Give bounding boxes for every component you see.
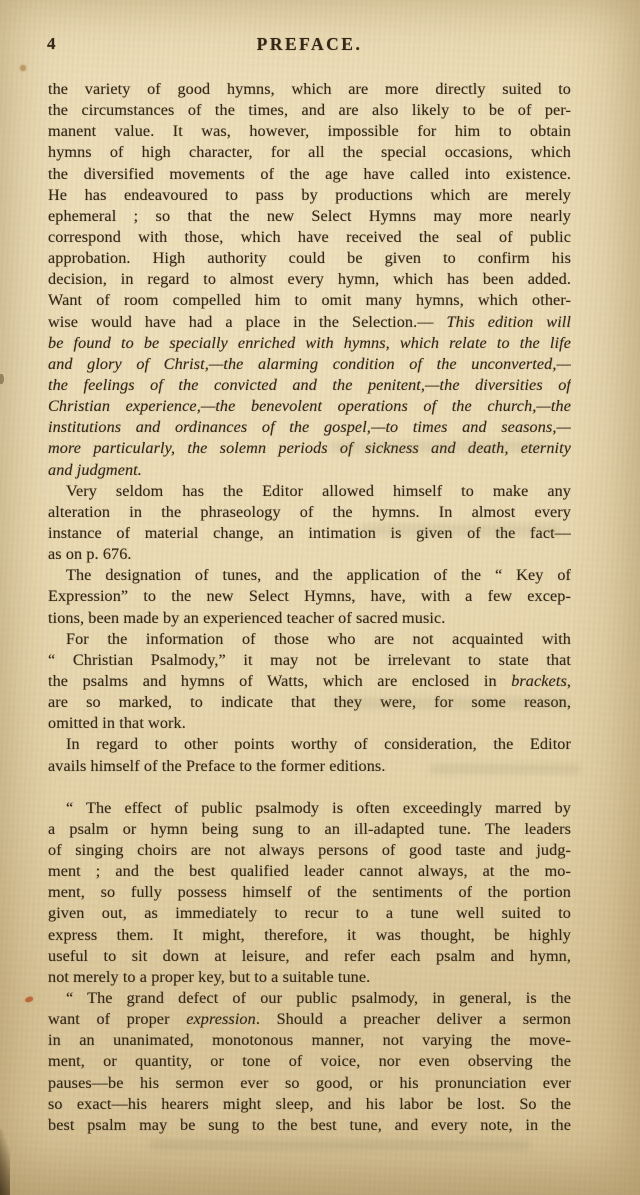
text-segment: Expression” to the new Select Hymns, hav… xyxy=(48,587,571,605)
text-segment: Want of room compelled him to omit many … xyxy=(48,291,571,309)
text-segment: avails himself of the Preface to the for… xyxy=(48,757,385,775)
text-line: “ The effect of public psalmody is often… xyxy=(48,798,571,819)
text-segment: not merely to a proper key, but to a sui… xyxy=(48,968,370,986)
text-segment: as on p. 676. xyxy=(48,545,132,563)
text-line: “ The grand defect of our public psalmod… xyxy=(48,988,571,1009)
italic-text-segment: Christian experience,—the benevolent ope… xyxy=(48,397,571,415)
italic-text-segment: and glory of Christ,—the alarming condit… xyxy=(48,355,571,373)
text-line: avails himself of the Preface to the for… xyxy=(48,756,571,777)
paragraph: For the information of those who are not… xyxy=(48,629,571,735)
text-line: decision, in regard to almost every hymn… xyxy=(48,269,571,290)
text-segment: In regard to other points worthy of cons… xyxy=(66,735,571,753)
text-line: and judgment. xyxy=(48,460,571,481)
text-segment: so exact—his hearers might sleep, and hi… xyxy=(48,1095,571,1113)
text-segment: wise would have had a place in the Selec… xyxy=(48,313,446,331)
text-segment: omitted in that work. xyxy=(48,714,186,732)
text-line: The designation of tunes, and the applic… xyxy=(48,565,571,586)
text-segment: instance of material change, an intimati… xyxy=(48,524,571,542)
text-line: in an unanimated, monotonous manner, not… xyxy=(48,1030,571,1051)
text-segment: decision, in regard to almost every hymn… xyxy=(48,270,571,288)
text-line: want of proper expression. Should a prea… xyxy=(48,1009,571,1030)
text-segment: The designation of tunes, and the applic… xyxy=(66,566,571,584)
italic-text-segment: brackets xyxy=(511,672,567,690)
italic-text-segment: This edition will xyxy=(446,313,571,331)
text-line: “ Christian Psalmody,” it may not be irr… xyxy=(48,650,571,671)
text-line: ephemeral ; so that the new Select Hymns… xyxy=(48,206,571,227)
text-line: hymns of high character, for all the spe… xyxy=(48,142,571,163)
italic-text-segment: expression xyxy=(186,1010,256,1028)
text-segment: He has endeavoured to pass by production… xyxy=(48,186,571,204)
text-segment: hymns of high character, for all the spe… xyxy=(48,143,571,161)
text-line: ment, so fully possess himself of the se… xyxy=(48,882,571,903)
text-segment: correspond with those, which have receiv… xyxy=(48,228,571,246)
scanned-book-page: 4 PREFACE. the variety of good hymns, wh… xyxy=(0,0,640,1195)
text-segment: alteration in the phraseology of the hym… xyxy=(48,503,571,521)
text-segment: pauses—be his sermon ever so good, or hi… xyxy=(48,1074,571,1092)
text-line: ment, or quantity, or tone of voice, nor… xyxy=(48,1051,571,1072)
text-line: Very seldom has the Editor allowed himse… xyxy=(48,481,571,502)
text-segment: Very seldom has the Editor allowed himse… xyxy=(66,482,571,500)
text-segment: ephemeral ; so that the new Select Hymns… xyxy=(48,207,571,225)
text-segment: the variety of good hymns, which are mor… xyxy=(48,80,571,98)
text-segment: “ Christian Psalmody,” it may not be irr… xyxy=(48,651,571,669)
text-segment: “ The effect of public psalmody is often… xyxy=(66,799,571,817)
body-text: the variety of good hymns, which are mor… xyxy=(48,79,571,1136)
text-line: the diversified movements of the age hav… xyxy=(48,164,571,185)
text-line: are so marked, to indicate that they wer… xyxy=(48,692,571,713)
paragraph: “ The effect of public psalmody is often… xyxy=(48,798,571,988)
text-segment: useful to sit down at leisure, and refer… xyxy=(48,947,571,965)
text-segment: a psalm or hymn being sung to an ill-ada… xyxy=(48,820,571,838)
text-line: of singing choirs are not always persons… xyxy=(48,840,571,861)
page-title: PREFACE. xyxy=(48,34,571,55)
text-segment: approbation. High authority could be giv… xyxy=(48,249,571,267)
text-line: tions, been made by an experienced teach… xyxy=(48,608,571,629)
paper-stain xyxy=(20,65,26,71)
text-segment: ment ; and the best qualified leader can… xyxy=(48,862,571,880)
text-line: pauses—be his sermon ever so good, or hi… xyxy=(48,1073,571,1094)
text-line: more particularly, the solemn periods of… xyxy=(48,438,571,459)
text-line: useful to sit down at leisure, and refer… xyxy=(48,946,571,967)
text-line: and glory of Christ,—the alarming condit… xyxy=(48,354,571,375)
text-line: For the information of those who are not… xyxy=(48,629,571,650)
page-edge-mark xyxy=(0,374,4,384)
text-segment: . Should a preacher deliver a sermon xyxy=(256,1010,571,1028)
text-line: approbation. High authority could be giv… xyxy=(48,248,571,269)
text-segment: are so marked, to indicate that they wer… xyxy=(48,693,571,711)
text-line: best psalm may be sung to the best tune,… xyxy=(48,1115,571,1136)
italic-text-segment: and judgment. xyxy=(48,461,142,479)
text-line: be found to be specially enriched with h… xyxy=(48,333,571,354)
text-line: omitted in that work. xyxy=(48,713,571,734)
text-segment: tions, been made by an experienced teach… xyxy=(48,609,445,627)
paragraph: In regard to other points worthy of cons… xyxy=(48,734,571,776)
text-segment: the circumstances of the times, and are … xyxy=(48,101,571,119)
show-through-smudge xyxy=(150,1140,530,1150)
text-line: a psalm or hymn being sung to an ill-ada… xyxy=(48,819,571,840)
italic-text-segment: institutions and ordinances of the gospe… xyxy=(48,418,571,436)
text-line: manent value. It was, however, impossibl… xyxy=(48,121,571,142)
text-line: instance of material change, an intimati… xyxy=(48,523,571,544)
text-line: given out, as immediately to recur to a … xyxy=(48,903,571,924)
text-line: the circumstances of the times, and are … xyxy=(48,100,571,121)
text-line: Christian experience,—the benevolent ope… xyxy=(48,396,571,417)
text-line: Want of room compelled him to omit many … xyxy=(48,290,571,311)
text-line: the psalms and hymns of Watts, which are… xyxy=(48,671,571,692)
text-line: so exact—his hearers might sleep, and hi… xyxy=(48,1094,571,1115)
paper-stain xyxy=(24,996,33,1003)
text-segment: the diversified movements of the age hav… xyxy=(48,165,571,183)
text-line: the feelings of the convicted and the pe… xyxy=(48,375,571,396)
text-line: institutions and ordinances of the gospe… xyxy=(48,417,571,438)
text-segment: For the information of those who are not… xyxy=(66,630,571,648)
text-segment: of singing choirs are not always persons… xyxy=(48,841,571,859)
paragraph: the variety of good hymns, which are mor… xyxy=(48,79,571,481)
paragraph: The designation of tunes, and the applic… xyxy=(48,565,571,628)
italic-text-segment: be found to be specially enriched with h… xyxy=(48,334,571,352)
paragraph: “ The grand defect of our public psalmod… xyxy=(48,988,571,1136)
text-line: express them. It might, therefore, it wa… xyxy=(48,925,571,946)
paragraph: Very seldom has the Editor allowed himse… xyxy=(48,481,571,566)
text-segment: ment, so fully possess himself of the se… xyxy=(48,883,571,901)
text-segment: want of proper xyxy=(48,1010,186,1028)
text-line: ment ; and the best qualified leader can… xyxy=(48,861,571,882)
text-segment: manent value. It was, however, impossibl… xyxy=(48,122,571,140)
text-segment: best psalm may be sung to the best tune,… xyxy=(48,1116,571,1134)
text-line: not merely to a proper key, but to a sui… xyxy=(48,967,571,988)
text-line: the variety of good hymns, which are mor… xyxy=(48,79,571,100)
text-line: Expression” to the new Select Hymns, hav… xyxy=(48,586,571,607)
text-segment: in an unanimated, monotonous manner, not… xyxy=(48,1031,571,1049)
text-line: as on p. 676. xyxy=(48,544,571,565)
page-corner-shadow xyxy=(0,1129,10,1195)
text-line: wise would have had a place in the Selec… xyxy=(48,312,571,333)
text-segment: given out, as immediately to recur to a … xyxy=(48,904,571,922)
text-segment: the psalms and hymns of Watts, which are… xyxy=(48,672,511,690)
text-segment: ment, or quantity, or tone of voice, nor… xyxy=(48,1052,571,1070)
text-line: correspond with those, which have receiv… xyxy=(48,227,571,248)
text-line: He has endeavoured to pass by production… xyxy=(48,185,571,206)
text-segment: , xyxy=(567,672,571,690)
text-segment: “ The grand defect of our public psalmod… xyxy=(66,989,571,1007)
italic-text-segment: the feelings of the convicted and the pe… xyxy=(48,376,571,394)
text-line: In regard to other points worthy of cons… xyxy=(48,734,571,755)
text-segment: express them. It might, therefore, it wa… xyxy=(48,926,571,944)
italic-text-segment: more particularly, the solemn periods of… xyxy=(48,439,571,457)
text-line: alteration in the phraseology of the hym… xyxy=(48,502,571,523)
